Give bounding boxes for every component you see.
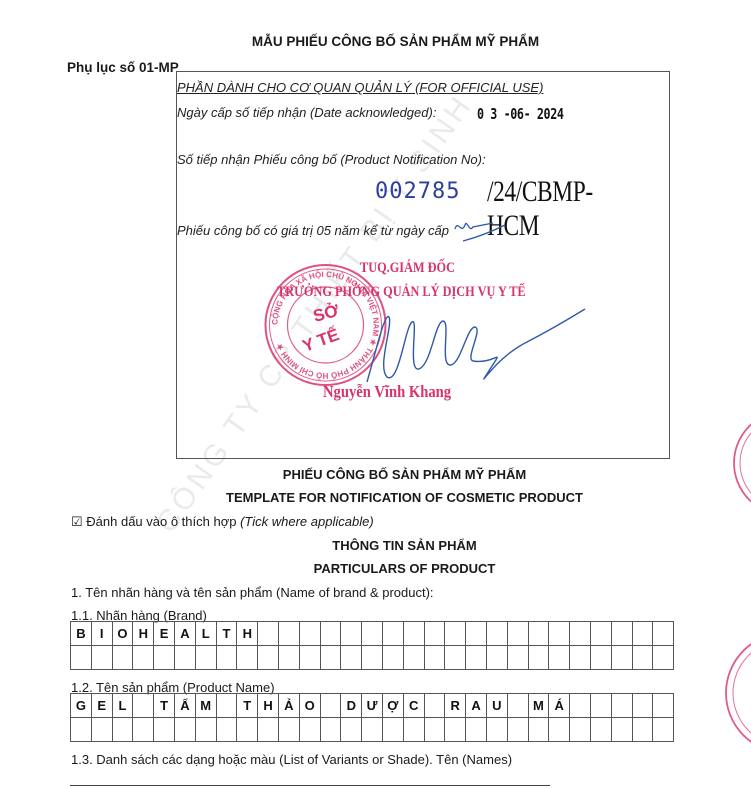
grid-cell[interactable] <box>466 718 487 742</box>
grid-cell[interactable] <box>299 646 320 670</box>
edge-seal-icon <box>728 408 751 518</box>
grid-cell[interactable] <box>382 718 403 742</box>
grid-cell[interactable]: E <box>154 622 175 646</box>
grid-cell[interactable] <box>632 694 653 718</box>
grid-cell[interactable] <box>590 646 611 670</box>
grid-cell[interactable] <box>258 646 279 670</box>
grid-cell[interactable] <box>341 718 362 742</box>
form-title-en: TEMPLATE FOR NOTIFICATION OF COSMETIC PR… <box>0 490 751 505</box>
grid-cell[interactable] <box>403 646 424 670</box>
grid-cell[interactable] <box>133 646 154 670</box>
grid-cell[interactable] <box>91 646 112 670</box>
grid-cell[interactable]: O <box>112 622 133 646</box>
grid-cell[interactable] <box>320 718 341 742</box>
tick-instruction-vi: Đánh dấu vào ô thích hợp <box>86 514 236 529</box>
signature-icon <box>357 287 587 397</box>
grid-cell[interactable] <box>528 622 549 646</box>
tick-instruction-en: (Tick where applicable) <box>240 514 374 529</box>
grid-cell[interactable]: M <box>528 694 549 718</box>
grid-row <box>71 718 674 742</box>
grid-cell[interactable] <box>632 646 653 670</box>
grid-cell[interactable] <box>403 718 424 742</box>
grid-cell[interactable]: H <box>237 622 258 646</box>
grid-cell[interactable]: L <box>195 622 216 646</box>
grid-cell[interactable] <box>382 622 403 646</box>
variants-label: 1.3. Danh sách các dạng hoặc màu (List o… <box>71 752 512 767</box>
grid-cell[interactable]: A <box>466 694 487 718</box>
grid-cell[interactable]: I <box>91 622 112 646</box>
grid-cell[interactable] <box>549 718 570 742</box>
official-use-heading: PHẦN DÀNH CHO CƠ QUAN QUẢN LÝ (FOR OFFIC… <box>177 80 543 95</box>
appendix-label: Phụ lục số 01-MP <box>67 60 179 75</box>
grid-row <box>71 646 674 670</box>
grid-cell[interactable]: B <box>71 622 92 646</box>
grid-cell[interactable] <box>278 646 299 670</box>
grid-cell[interactable]: U <box>486 694 507 718</box>
edge-seal-icon <box>722 628 751 758</box>
validity-text: Phiếu công bố có giá trị 05 năm kể từ ng… <box>177 223 449 238</box>
grid-cell[interactable] <box>653 646 674 670</box>
grid-cell[interactable]: Á <box>549 694 570 718</box>
particulars-title-en: PARTICULARS OF PRODUCT <box>0 561 751 576</box>
grid-cell[interactable] <box>299 718 320 742</box>
grid-cell[interactable]: O <box>299 694 320 718</box>
grid-cell[interactable] <box>154 718 175 742</box>
grid-cell[interactable] <box>258 718 279 742</box>
grid-cell[interactable] <box>570 646 591 670</box>
grid-cell[interactable] <box>611 694 632 718</box>
grid-cell[interactable] <box>403 622 424 646</box>
brand-grid[interactable]: BIOHEALTH <box>70 621 674 670</box>
grid-row: GELTẨMTHẢODƯỢCRAUMÁ <box>71 694 674 718</box>
grid-cell[interactable] <box>154 646 175 670</box>
grid-cell[interactable] <box>320 622 341 646</box>
grid-cell[interactable]: D <box>341 694 362 718</box>
grid-cell[interactable]: Ả <box>278 694 299 718</box>
grid-cell[interactable] <box>653 694 674 718</box>
grid-cell[interactable] <box>362 718 383 742</box>
svg-text:SỞ: SỞ <box>311 301 341 326</box>
grid-cell[interactable] <box>174 646 195 670</box>
grid-cell[interactable] <box>507 646 528 670</box>
initials-icon <box>453 217 513 247</box>
grid-cell[interactable]: E <box>91 694 112 718</box>
grid-cell[interactable] <box>237 718 258 742</box>
grid-cell[interactable] <box>174 718 195 742</box>
grid-cell[interactable] <box>570 718 591 742</box>
notification-number-value: 002785 <box>375 179 460 204</box>
grid-cell[interactable]: T <box>237 694 258 718</box>
grid-cell[interactable] <box>71 718 92 742</box>
grid-cell[interactable] <box>362 646 383 670</box>
grid-cell[interactable] <box>133 694 154 718</box>
grid-cell[interactable] <box>341 646 362 670</box>
grid-cell[interactable] <box>237 646 258 670</box>
grid-cell[interactable] <box>570 622 591 646</box>
grid-cell[interactable] <box>653 622 674 646</box>
grid-cell[interactable]: T <box>216 622 237 646</box>
grid-cell[interactable]: H <box>258 694 279 718</box>
date-acknowledged-label: Ngày cấp số tiếp nhận (Date acknowledged… <box>177 105 436 120</box>
grid-cell[interactable]: C <box>403 694 424 718</box>
grid-row: BIOHEALTH <box>71 622 674 646</box>
form-title-vi: PHIẾU CÔNG BỐ SẢN PHẨM MỸ PHẨM <box>0 467 751 482</box>
grid-cell[interactable] <box>611 646 632 670</box>
grid-cell[interactable]: Ợ <box>382 694 403 718</box>
official-use-box: PHẦN DÀNH CHO CƠ QUAN QUẢN LÝ (FOR OFFIC… <box>176 71 670 459</box>
grid-cell[interactable] <box>549 622 570 646</box>
grid-cell[interactable] <box>424 718 445 742</box>
grid-cell[interactable] <box>216 694 237 718</box>
grid-cell[interactable] <box>112 718 133 742</box>
grid-cell[interactable] <box>507 622 528 646</box>
grid-cell[interactable] <box>382 646 403 670</box>
grid-cell[interactable] <box>528 646 549 670</box>
grid-cell[interactable] <box>278 622 299 646</box>
grid-cell[interactable] <box>632 622 653 646</box>
grid-cell[interactable] <box>445 718 466 742</box>
date-acknowledged-value: 0 3 -06- 2024 <box>477 105 564 123</box>
grid-cell[interactable] <box>611 718 632 742</box>
grid-cell[interactable] <box>466 646 487 670</box>
notification-number-label: Số tiếp nhận Phiếu công bố (Product Noti… <box>177 152 486 167</box>
grid-cell[interactable] <box>486 718 507 742</box>
grid-cell[interactable] <box>528 718 549 742</box>
grid-cell[interactable] <box>424 622 445 646</box>
grid-cell[interactable] <box>486 622 507 646</box>
grid-cell[interactable] <box>195 646 216 670</box>
grid-cell[interactable] <box>278 718 299 742</box>
grid-cell[interactable] <box>653 718 674 742</box>
grid-cell[interactable] <box>570 694 591 718</box>
grid-cell[interactable] <box>590 694 611 718</box>
grid-cell[interactable] <box>112 646 133 670</box>
grid-cell[interactable]: Ẩ <box>174 694 195 718</box>
particulars-title-vi: THÔNG TIN SẢN PHẨM <box>0 538 751 553</box>
grid-cell[interactable] <box>258 622 279 646</box>
grid-cell[interactable]: A <box>174 622 195 646</box>
grid-cell[interactable]: R <box>445 694 466 718</box>
grid-cell[interactable] <box>362 622 383 646</box>
grid-cell[interactable] <box>320 694 341 718</box>
tick-instruction: ☑ Đánh dấu vào ô thích hợp (Tick where a… <box>71 514 374 530</box>
grid-cell[interactable] <box>549 646 570 670</box>
grid-cell[interactable] <box>71 646 92 670</box>
document-title: MẪU PHIẾU CÔNG BỐ SẢN PHẨM MỸ PHẨM <box>0 34 751 49</box>
grid-cell[interactable] <box>507 718 528 742</box>
svg-text:Y TẾ: Y TẾ <box>300 325 342 356</box>
grid-cell[interactable] <box>195 718 216 742</box>
grid-cell[interactable]: G <box>71 694 92 718</box>
grid-cell[interactable] <box>611 622 632 646</box>
grid-cell[interactable] <box>299 622 320 646</box>
brand-product-label: 1. Tên nhãn hàng và tên sản phẩm (Name o… <box>71 585 434 600</box>
grid-cell[interactable]: H <box>133 622 154 646</box>
grid-cell[interactable] <box>590 622 611 646</box>
grid-cell[interactable] <box>91 718 112 742</box>
grid-cell[interactable] <box>632 718 653 742</box>
grid-cell[interactable] <box>445 646 466 670</box>
grid-cell[interactable] <box>507 694 528 718</box>
grid-cell[interactable]: Ư <box>362 694 383 718</box>
grid-cell[interactable]: T <box>154 694 175 718</box>
signer-role-line1: TUQ.GIÁM ĐỐC <box>360 260 455 277</box>
grid-cell[interactable] <box>341 622 362 646</box>
grid-cell[interactable] <box>216 718 237 742</box>
signer-name: Nguyễn Vĩnh Khang <box>323 382 451 402</box>
grid-cell[interactable] <box>590 718 611 742</box>
divider <box>70 785 550 786</box>
grid-cell[interactable] <box>445 622 466 646</box>
grid-cell[interactable]: L <box>112 694 133 718</box>
grid-cell[interactable] <box>486 646 507 670</box>
grid-cell[interactable] <box>466 622 487 646</box>
product-name-grid[interactable]: GELTẨMTHẢODƯỢCRAUMÁ <box>70 693 674 742</box>
grid-cell[interactable] <box>424 694 445 718</box>
grid-cell[interactable] <box>216 646 237 670</box>
grid-cell[interactable] <box>133 718 154 742</box>
checkbox-icon: ☑ <box>71 514 83 529</box>
grid-cell[interactable]: M <box>195 694 216 718</box>
grid-cell[interactable] <box>424 646 445 670</box>
grid-cell[interactable] <box>320 646 341 670</box>
